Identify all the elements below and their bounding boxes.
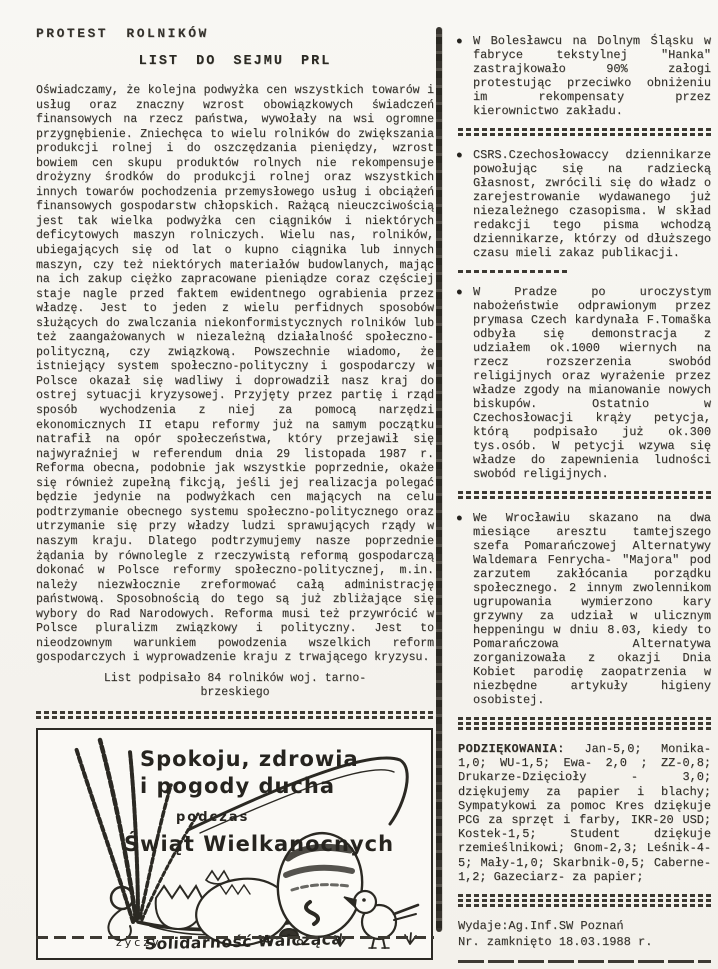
separator-line	[36, 716, 434, 719]
news-item-strike-boleslawiec: ● W Bolesławcu na Dolnym Śląsku w fabryc…	[458, 34, 711, 118]
separator-line	[458, 899, 711, 902]
news-item-csrs-journalists: ● CSRS.Czechosłowaccy dziennikarze powoł…	[458, 148, 711, 260]
news-item-text: We Wrocławiu skazano na dwa miesiące are…	[473, 511, 711, 707]
chick-head	[354, 891, 376, 913]
right-column: ● W Bolesławcu na Dolnym Śląsku w fabryc…	[458, 34, 711, 963]
bottom-separator	[36, 936, 434, 941]
imprint-date: Nr. zamknięto 18.03.1988 r.	[458, 935, 711, 951]
separator-line	[458, 496, 711, 499]
chick-tail	[394, 905, 418, 914]
imprint-underline	[458, 960, 711, 963]
separator-line	[458, 894, 711, 897]
acknowledgements-section: PODZIĘKOWANIA: Jan-5,0; Monika-1,0; WU-1…	[458, 742, 711, 884]
typed-separator	[36, 711, 434, 719]
news-item-prague-demonstration: ● W Pradze po uroczystym nabożeństwie od…	[458, 285, 711, 481]
separator-line	[458, 717, 711, 720]
news-item-wroclaw-orange-alternative: ● We Wrocławiu skazano na dwa miesiące a…	[458, 511, 711, 707]
news-item-text: W Pradze po uroczystym nabożeństwie odpr…	[473, 285, 711, 481]
acknowledgements-label: PODZIĘKOWANIA:	[458, 742, 565, 756]
left-column: PROTEST ROLNIKÓW LIST DO SEJMU PRL Oświa…	[36, 26, 434, 960]
letter-body: Oświadczamy, że kolejna podwyżka cen wsz…	[36, 84, 434, 666]
separator-line	[458, 133, 711, 136]
newsletter-page: PROTEST ROLNIKÓW LIST DO SEJMU PRL Oświa…	[0, 0, 718, 969]
column-divider-rule	[436, 27, 442, 932]
bullet-icon: ●	[456, 286, 463, 300]
separator-line	[458, 491, 711, 494]
greeting-text-line3: podczas	[176, 810, 249, 825]
news-item-text: W Bolesławcu na Dolnym Śląsku w fabryce …	[473, 34, 711, 118]
bullet-icon: ●	[456, 149, 463, 163]
separator-line	[36, 936, 434, 939]
typed-separator	[458, 491, 711, 499]
separator-line	[458, 270, 570, 273]
separator-line	[458, 722, 711, 725]
letter-title: LIST DO SEJMU PRL	[36, 54, 434, 69]
greeting-text-line2: i pogody ducha	[140, 774, 335, 798]
greeting-text-line1: Spokoju, zdrowia	[140, 747, 359, 771]
signature-line-2: brzeskiego	[36, 686, 434, 701]
chick-eye	[362, 898, 366, 902]
solidarnosc-walczaca-signature: Solidarność Walcząca	[145, 930, 343, 953]
section-kicker: PROTEST ROLNIKÓW	[36, 26, 434, 41]
separator-line	[458, 727, 711, 730]
imprint: Wydaje:Ag.Inf.SW Poznań Nr. zamknięto 18…	[458, 919, 711, 950]
typed-separator-short	[458, 270, 570, 273]
bullet-icon: ●	[456, 512, 463, 526]
letter-signature: List podpisało 84 rolników woj. tarno- b…	[36, 672, 434, 701]
bullet-icon: ●	[456, 35, 463, 49]
separator-line	[458, 904, 711, 907]
acknowledgements-text: Jan-5,0; Monika-1,0; WU-1,5; Ewa- 2,0 ; …	[458, 742, 711, 884]
typed-separator	[458, 128, 711, 136]
separator-line	[458, 128, 711, 131]
typed-separator-triple	[458, 717, 711, 730]
imprint-publisher: Wydaje:Ag.Inf.SW Poznań	[458, 919, 711, 935]
typed-separator-triple	[458, 894, 711, 907]
news-item-text: CSRS.Czechosłowaccy dziennikarze powołuj…	[473, 148, 711, 260]
easter-illustration-frame: Spokoju, zdrowia i pogody ducha podczas …	[36, 728, 433, 960]
easter-illustration: Spokoju, zdrowia i pogody ducha podczas …	[38, 730, 431, 958]
chick-tail	[394, 914, 416, 920]
greeting-text-line4: Świąt Wielkanocnych	[124, 831, 394, 856]
signature-line-1: List podpisało 84 rolników woj. tarno-	[36, 672, 434, 687]
cracked-eggshell	[156, 886, 203, 929]
separator-line	[36, 711, 434, 714]
